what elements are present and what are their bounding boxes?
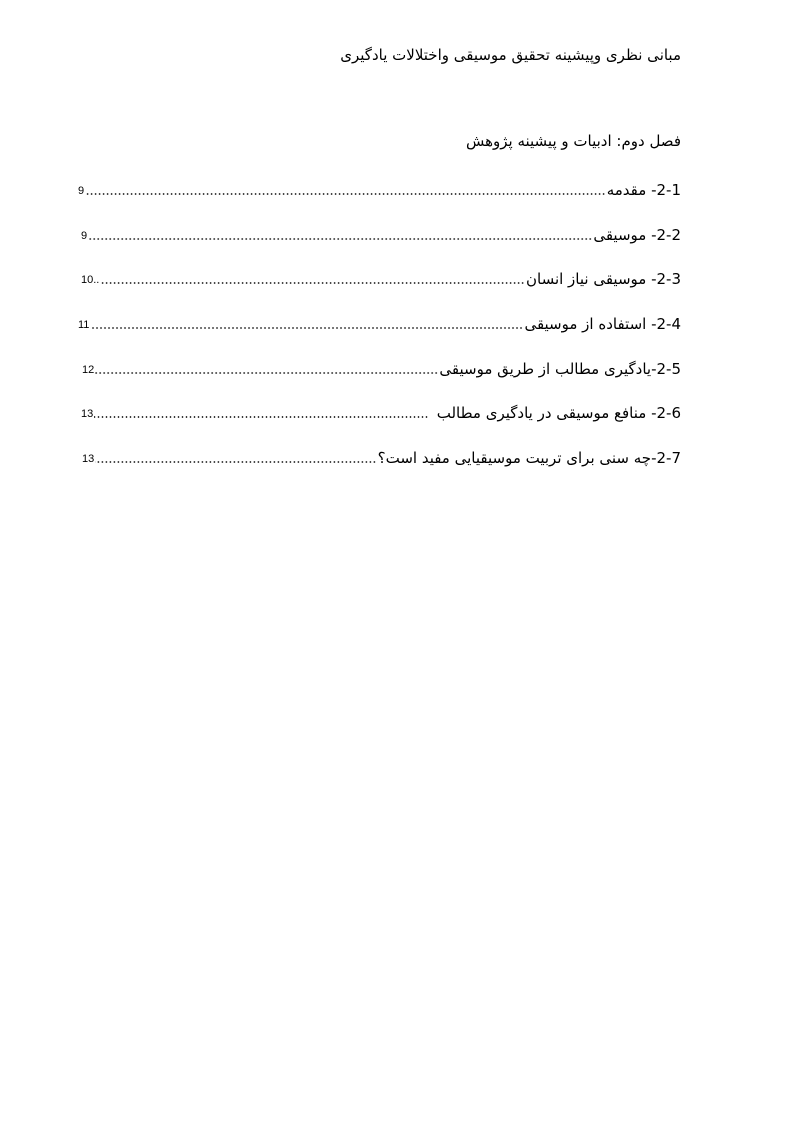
toc-entry: 9 2-2- موسیقی [78,221,681,245]
dot-leader [94,416,429,418]
toc-entry-label: 2-5-یادگیری مطالب از طریق موسیقی [439,359,681,379]
dot-leader [90,327,523,329]
toc-entry-label: 2-1- مقدمه [607,180,681,200]
chapter-title: فصل دوم: ادبیات و پیشینه پژوهش [466,132,681,150]
toc-page-number: 13 [78,407,93,423]
dot-leader [95,372,438,374]
dot-leader [95,461,376,463]
toc-page-number: 12 [78,363,94,379]
document-header: مبانی نظری وپیشینه تحقیق موسیقی واختلالا… [340,46,681,64]
toc-entry: 11 2-4- استفاده از موسیقی [78,310,681,334]
toc-entry: 9 2-1- مقدمه [78,176,681,200]
toc-entry: 12 2-5-یادگیری مطالب از طریق موسیقی [78,355,681,379]
dot-leader [85,193,606,195]
toc-page-number: 9 [78,229,87,245]
toc-page-number: 9 [78,184,84,200]
toc-entry: 13 2-6- منافع موسیقی در یادگیری مطالب [78,399,681,423]
toc-page-number: 13 [78,452,94,468]
toc-entry-label: 2-7-چه سنی برای تربیت موسیقیایی مفید است… [378,448,681,468]
dot-leader [88,238,592,240]
toc-entry-label: 2-6- منافع موسیقی در یادگیری مطالب [437,403,681,423]
toc-page-number: 10.. [78,273,99,289]
toc-page-number: 11 [78,318,89,334]
dot-leader [100,282,525,284]
toc-entry-label: 2-3- موسیقی نیاز انسان [526,269,681,289]
toc-entry: 10.. 2-3- موسیقی نیاز انسان [78,265,681,289]
toc-entry: 13 2-7-چه سنی برای تربیت موسیقیایی مفید … [78,444,681,468]
toc-entry-label: 2-4- استفاده از موسیقی [524,314,681,334]
toc-entry-label: 2-2- موسیقی [593,225,681,245]
